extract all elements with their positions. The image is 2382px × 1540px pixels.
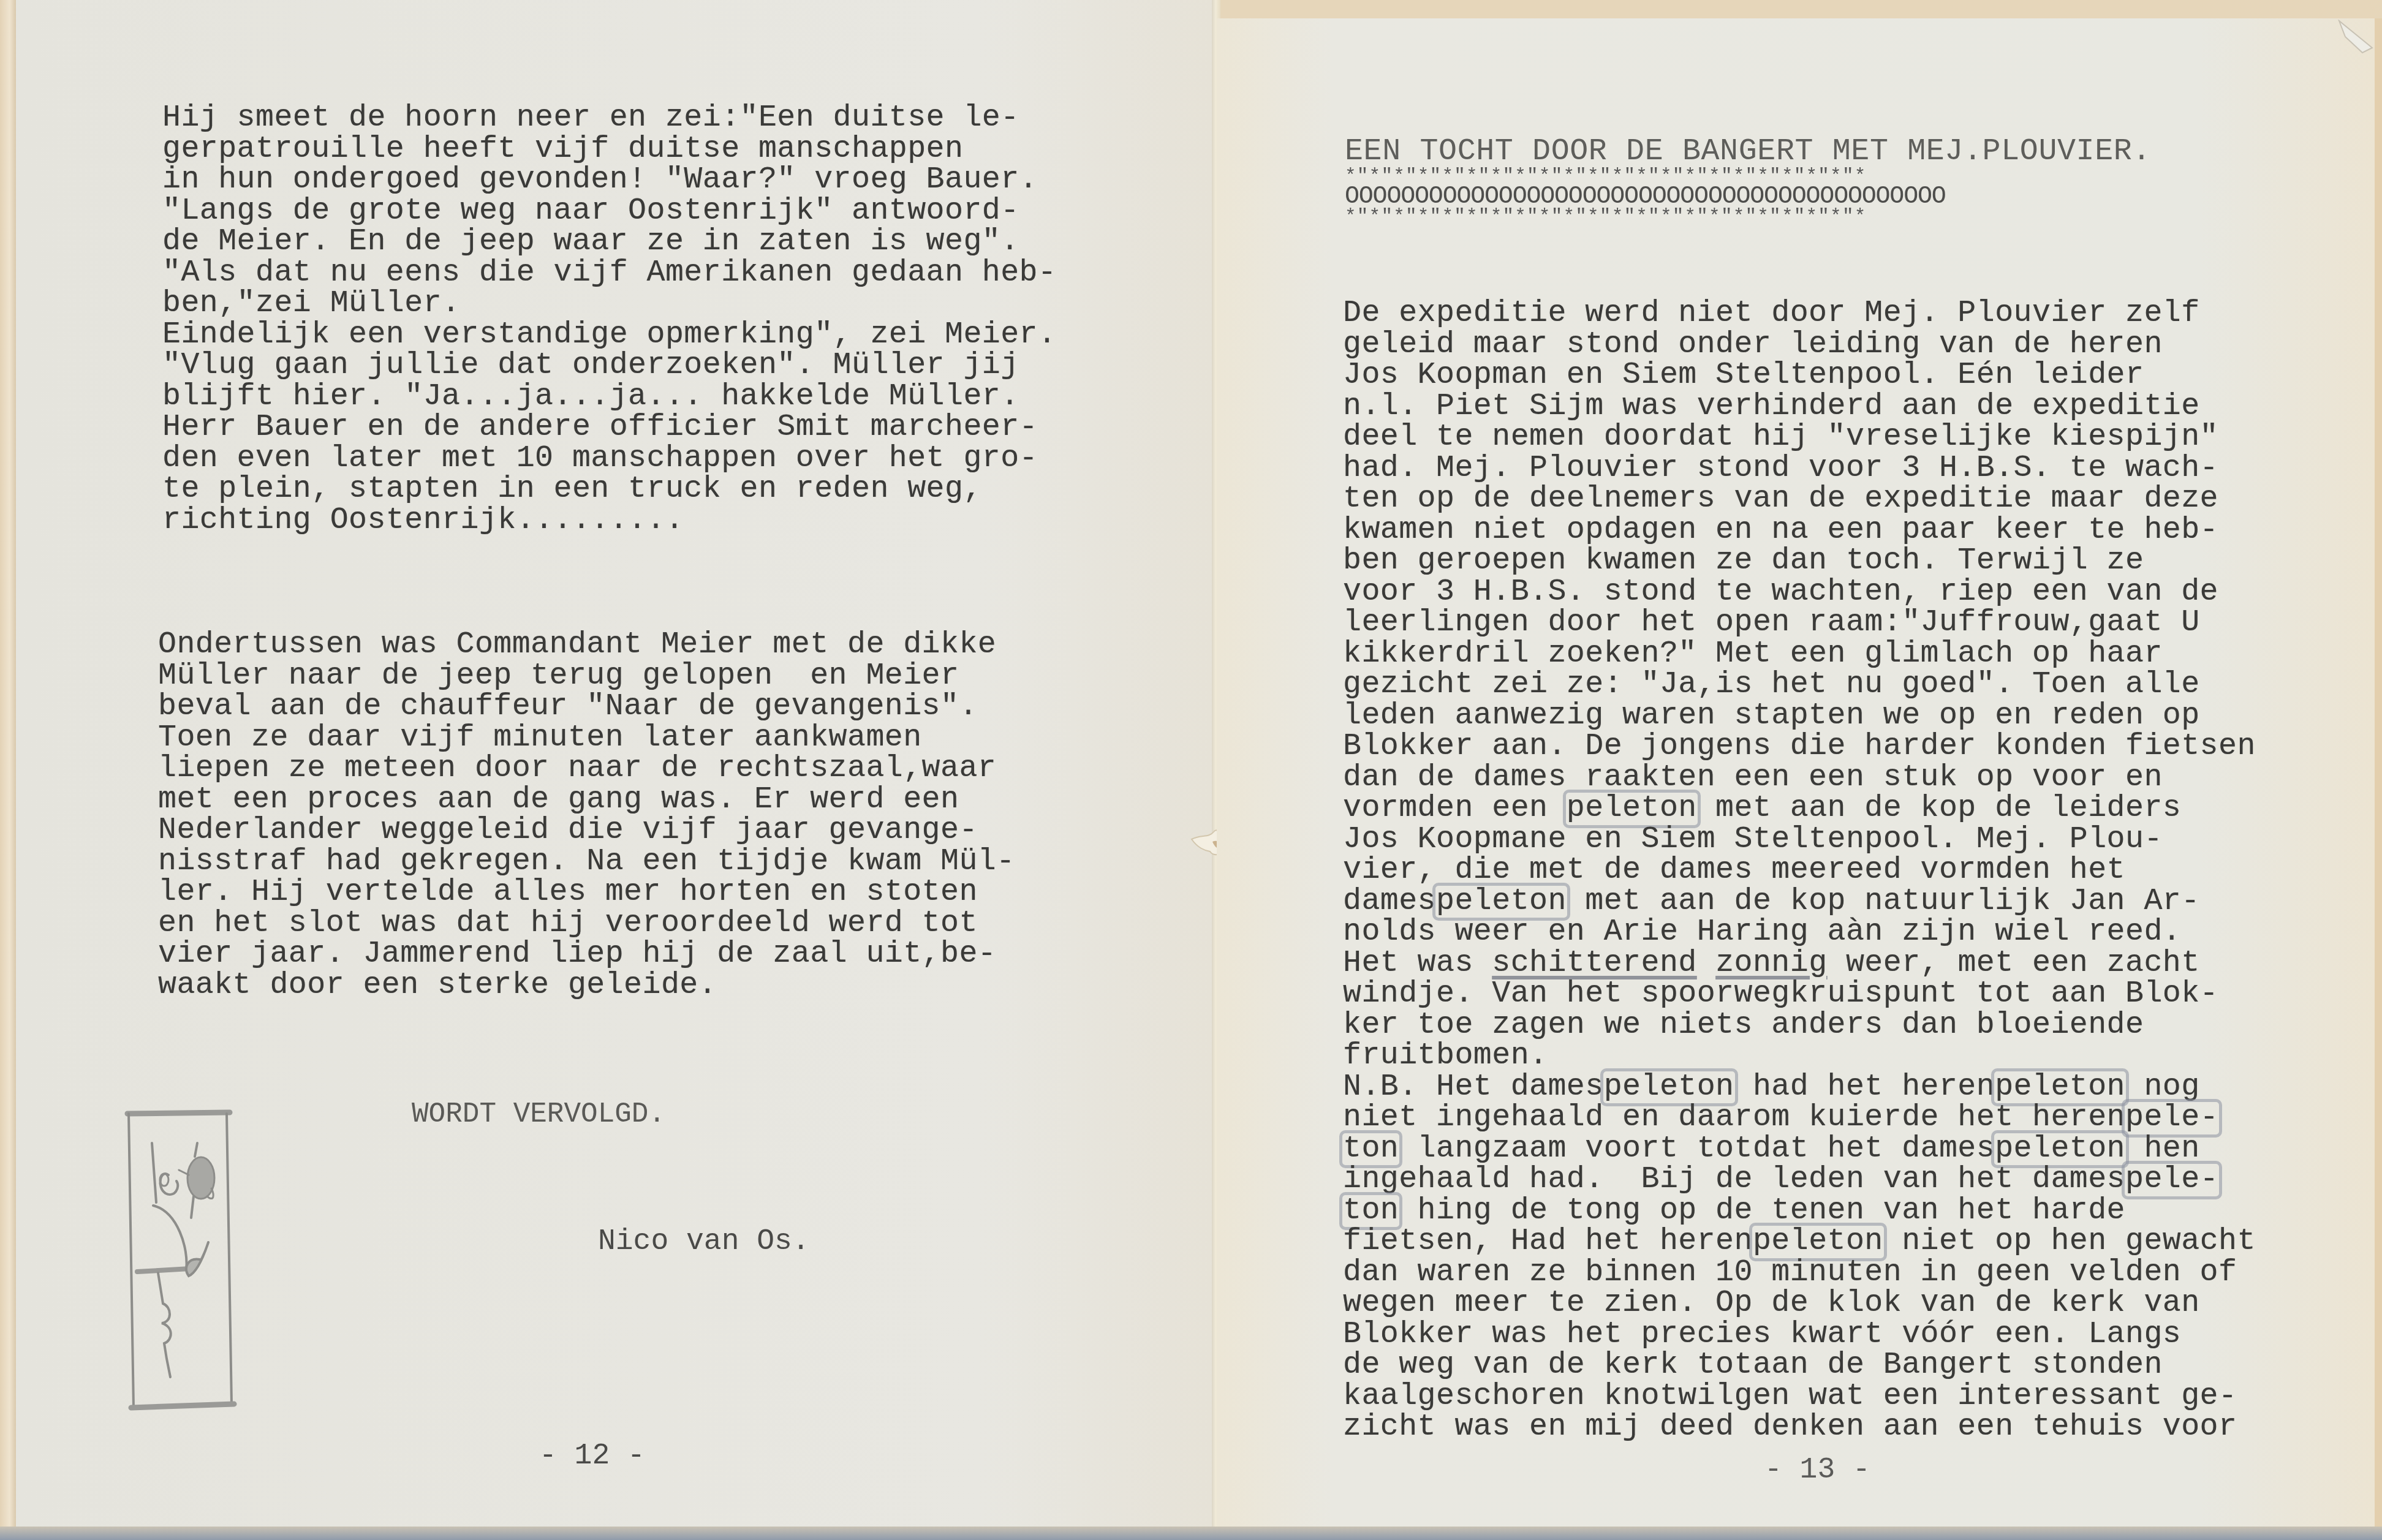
text-line: had. Mej. Plouvier stond voor 3 H.B.S. t…: [1343, 453, 2256, 485]
text-line: N.B. Het damespeleton had het herenpelet…: [1343, 1072, 2256, 1103]
text-line: Herr Bauer en de andere officier Smit ma…: [162, 412, 1056, 444]
pencil-boxed-word: pele-: [2125, 1103, 2218, 1134]
text-line: blijft hier. "Ja...ja...ja... hakkelde M…: [162, 382, 1056, 413]
text-line: n.l. Piet Sijm was verhinderd aan de exp…: [1343, 391, 2256, 423]
text-line: deel te nemen doordat hij "vreselijke ki…: [1343, 422, 2256, 453]
text-line: Ondertussen was Commandant Meier met de …: [158, 630, 1015, 661]
pencil-boxed-word: ton: [1343, 1134, 1399, 1165]
pencil-sketch-face-icon: [123, 1095, 386, 1420]
pencil-boxed-word: peleton: [1995, 1072, 2125, 1103]
text-line: Eindelijk een verstandige opmerking", ze…: [162, 320, 1056, 351]
text-line: dan de dames raakten een een stuk op voo…: [1343, 763, 2256, 794]
text-line: waakt door een sterke geleide.: [158, 970, 1015, 1002]
text-line: leerlingen door het open raam:"Juffrouw,…: [1343, 608, 2256, 639]
text-line: nolds weer en Arie Haring aàn zijn wiel …: [1343, 917, 2256, 948]
text-line: dan waren ze binnen 10 minuten in geen v…: [1343, 1258, 2256, 1289]
pencil-boxed-word: peleton: [1604, 1072, 1734, 1103]
text-line: Jos Koopmane en Siem Steltenpool. Mej. P…: [1343, 825, 2256, 856]
booklet-spread: Hij smeet de hoorn neer en zei:"Een duit…: [0, 0, 2382, 1540]
text-line: Toen ze daar vijf minuten later aankwame…: [158, 723, 1015, 754]
page-number-right: - 13 -: [1764, 1454, 1870, 1487]
text-line: niet ingehaald en daarom kuierde het her…: [1343, 1103, 2256, 1134]
text-line: de Meier. En de jeep waar ze in zaten is…: [162, 227, 1056, 258]
text-line: "Langs de grote weg naar Oostenrijk" ant…: [162, 196, 1056, 227]
text-line: De expeditie werd niet door Mej. Plouvie…: [1343, 298, 2256, 330]
left-paragraph-1: Hij smeet de hoorn neer en zei:"Een duit…: [162, 103, 1056, 536]
text-line: de weg van de kerk totaan de Bangert sto…: [1343, 1350, 2256, 1381]
pencil-boxed-word: peleton: [1995, 1134, 2125, 1165]
cover-edge-top: [1217, 0, 2382, 18]
text-line: ben,"zei Müller.: [162, 289, 1056, 320]
text-line: beval aan de chauffeur "Naar de gevangen…: [158, 692, 1015, 723]
text-line: wegen meer te zien. Op de klok van de ke…: [1343, 1288, 2256, 1319]
text-line: in hun ondergoed gevonden! "Waar?" vroeg…: [162, 165, 1056, 196]
text-line: "Vlug gaan jullie dat onderzoeken". Müll…: [162, 350, 1056, 382]
text-line: kaalgeschoren knotwilgen wat een interes…: [1343, 1381, 2256, 1413]
dog-ear-corner-icon: [2335, 20, 2375, 54]
text-line: en het slot was dat hij veroordeeld werd…: [158, 908, 1015, 940]
text-line: gerpatrouille heeft vijf duitse manschap…: [162, 134, 1056, 165]
text-line: geleid maar stond onder leiding van de h…: [1343, 330, 2256, 361]
text-line: Blokker aan. De jongens die harder konde…: [1343, 731, 2256, 763]
left-paragraph-2: Ondertussen was Commandant Meier met de …: [158, 630, 1015, 1001]
text-line: kikkerdril zoeken?" Met een glimlach op …: [1343, 639, 2256, 670]
text-line: liepen ze meteen door naar de rechtszaal…: [158, 753, 1015, 785]
text-line: Müller naar de jeep terug gelopen en Mei…: [158, 661, 1015, 692]
article-title: EEN TOCHT DOOR DE BANGERT MET MEJ.PLOUVI…: [1345, 136, 2151, 168]
text-line: voor 3 H.B.S. stond te wachten, riep een…: [1343, 577, 2256, 608]
right-body-text: De expeditie werd niet door Mej. Plouvie…: [1343, 298, 2256, 1443]
text-line: Hij smeet de hoorn neer en zei:"Een duit…: [162, 103, 1056, 134]
text-line: "Als dat nu eens die vijf Amerikanen ged…: [162, 258, 1056, 289]
author-signature: Nico van Os.: [598, 1225, 810, 1258]
text-line: fruitbomen.: [1343, 1041, 2256, 1072]
text-line: Het was schitterend zonnig weer, met een…: [1343, 948, 2256, 979]
text-line: vormden een peleton met aan de kop de le…: [1343, 793, 2256, 825]
text-line: ler. Hij vertelde alles mer horten en st…: [158, 877, 1015, 908]
text-line: vier jaar. Jammerend liep hij de zaal ui…: [158, 939, 1015, 970]
text-line: damespeleton met aan de kop natuurlijk J…: [1343, 886, 2256, 918]
text-line: windje. Van het spoorwegkruispunt tot aa…: [1343, 979, 2256, 1010]
to-be-continued-label: WORDT VERVOLGD.: [412, 1098, 665, 1130]
text-line: ingehaald had. Bij de leden van het dame…: [1343, 1164, 2256, 1196]
text-line: Blokker was het precies kwart vóór een. …: [1343, 1319, 2256, 1351]
text-line: ben geroepen kwamen ze dan toch. Terwijl…: [1343, 546, 2256, 577]
pencil-underlined-word: zonnig: [1715, 946, 1827, 981]
text-line: vier, die met de dames meereed vormden h…: [1343, 855, 2256, 886]
decorative-border-asterisks: *"*"*"*"*"*"*"*"*"*"*"*"*"*"*"*"*"*"*"*"…: [1345, 208, 2151, 227]
article-title-block: EEN TOCHT DOOR DE BANGERT MET MEJ.PLOUVI…: [1345, 136, 2151, 227]
text-line: richting Oostenrijk.........: [162, 505, 1056, 537]
pencil-boxed-word: peleton: [1436, 886, 1567, 918]
pencil-underlined-word: schitterend: [1492, 946, 1696, 981]
pencil-boxed-word: ton: [1343, 1196, 1399, 1227]
text-line: met een proces aan de gang was. Er werd …: [158, 785, 1015, 816]
text-line: den even later met 10 manschappen over h…: [162, 444, 1056, 475]
page-number-left: - 12 -: [539, 1440, 645, 1473]
text-line: fietsen, Had het herenpeleton niet op he…: [1343, 1226, 2256, 1258]
text-line: Nederlander weggeleid die vijf jaar geva…: [158, 815, 1015, 847]
text-line: leden aanwezig waren stapten we op en re…: [1343, 701, 2256, 732]
text-line: ton langzaam voort totdat het damespelet…: [1343, 1134, 2256, 1165]
pencil-boxed-word: peleton: [1753, 1226, 1883, 1258]
pencil-boxed-word: pele-: [2125, 1164, 2218, 1196]
text-line: gezicht zei ze: "Ja,is het nu goed". Toe…: [1343, 670, 2256, 701]
text-line: nisstraf had gekregen. Na een tijdje kwa…: [158, 847, 1015, 878]
text-line: ten op de deelnemers van de expeditie ma…: [1343, 484, 2256, 515]
text-line: zicht was en mij deed denken aan een teh…: [1343, 1412, 2256, 1443]
pencil-boxed-word: peleton: [1567, 793, 1697, 825]
text-line: ton hing de tong op de tenen van het har…: [1343, 1196, 2256, 1227]
decorative-border-circles: OOOOOOOOOOOOOOOOOOOOOOOOOOOOOOOOOOOOOOOO…: [1345, 186, 2151, 208]
page-stack-edge-left: [0, 0, 16, 1540]
text-line: ker toe zagen we niets anders dan bloeie…: [1343, 1010, 2256, 1041]
page-edge-right: [2375, 18, 2382, 1527]
table-surface-bottom: [0, 1527, 2382, 1540]
text-line: kwamen niet opdagen en na een paar keer …: [1343, 515, 2256, 546]
text-line: te plein, stapten in een truck en reden …: [162, 474, 1056, 505]
text-line: Jos Koopman en Siem Steltenpool. Eén lei…: [1343, 360, 2256, 391]
